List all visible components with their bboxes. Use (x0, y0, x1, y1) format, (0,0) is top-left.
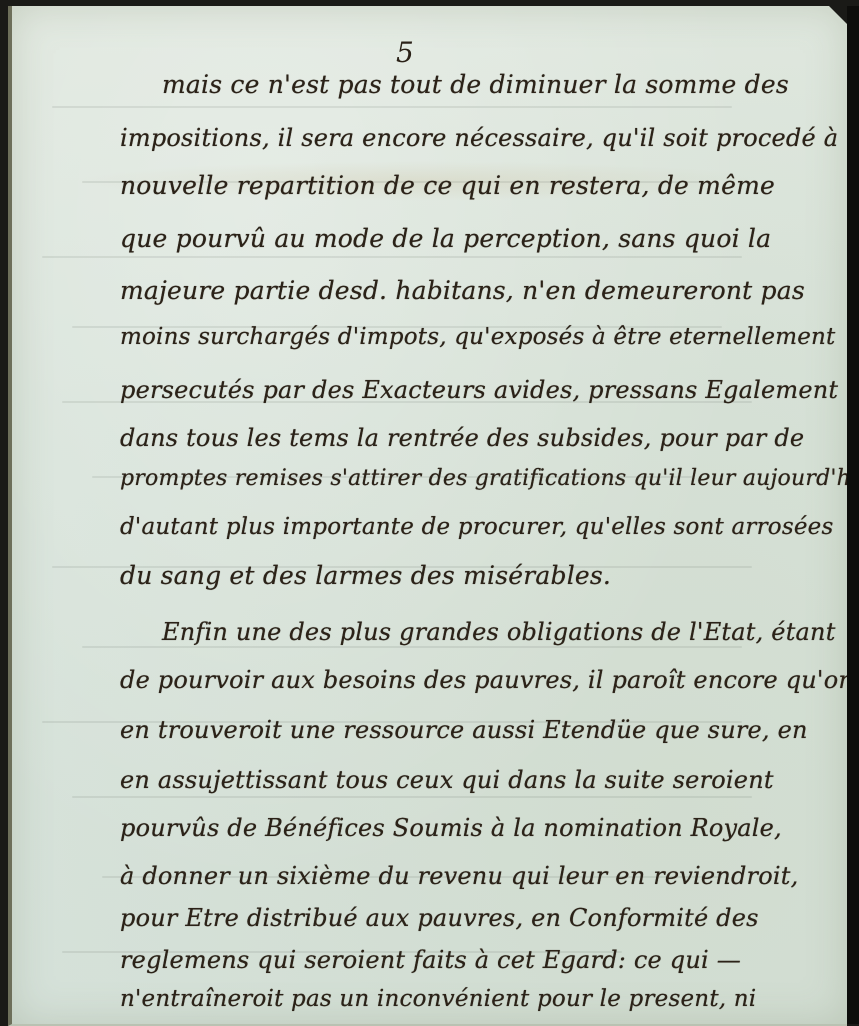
text-line: en trouveroit une ressource aussi Etendü… (120, 716, 808, 744)
text-line: pourvûs de Bénéfices Soumis à la nominat… (120, 814, 782, 842)
text-line: impositions, il sera encore nécessaire, … (120, 124, 859, 152)
text-line: pour Etre distribué aux pauvres, en Conf… (120, 904, 759, 932)
text-line: majeure partie desd. habitans, n'en deme… (120, 276, 805, 305)
text-line: mais ce n'est pas tout de diminuer la so… (162, 70, 789, 99)
text-line: à donner un sixième du revenu qui leur e… (120, 862, 798, 890)
text-line: d'autant plus importante de procurer, qu… (120, 514, 833, 540)
text-line: moins surchargés d'impots, qu'exposés à … (120, 324, 835, 350)
manuscript-page: 5 mais ce n'est pas tout de diminuer la … (8, 6, 847, 1024)
text-line: en assujettissant tous ceux qui dans la … (120, 766, 774, 794)
text-line: n'entraîneroit pas un inconvénient pour … (120, 986, 756, 1012)
text-line: dans tous les tems la rentrée des subsid… (120, 424, 804, 452)
text-line: Enfin une des plus grandes obligations d… (162, 618, 836, 646)
text-line: que pourvû au mode de la perception, san… (120, 224, 771, 253)
manuscript-text: mais ce n'est pas tout de diminuer la so… (12, 6, 847, 1024)
text-line: du sang et des larmes des misérables. (120, 561, 611, 590)
text-line: de pourvoir aux besoins des pauvres, il … (120, 666, 854, 694)
text-line: persecutés par des Exacteurs avides, pre… (120, 376, 838, 404)
text-line: nouvelle repartition de ce qui en rester… (120, 171, 775, 200)
text-line: promptes remises s'attirer des gratifica… (120, 466, 859, 491)
text-line: reglemens qui seroient faits à cet Egard… (120, 946, 741, 974)
